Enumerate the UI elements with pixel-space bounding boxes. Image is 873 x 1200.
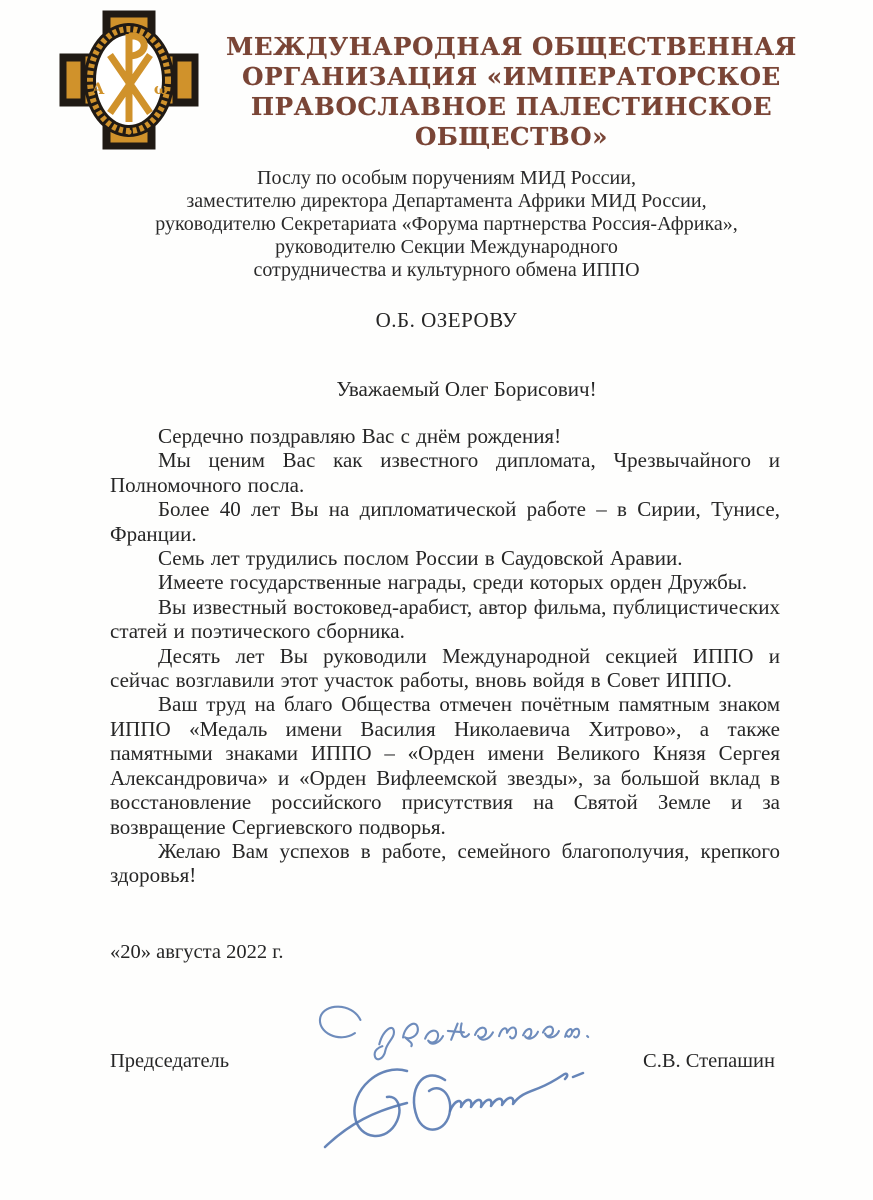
address-block: Послу по особым поручениям МИД России, з… <box>40 167 853 282</box>
address-line: Послу по особым поручениям МИД России, <box>40 167 853 190</box>
org-logo: А ω <box>58 10 200 152</box>
org-name-line-1: МЕЖДУНАРОДНАЯ ОБЩЕСТВЕННАЯ <box>200 32 823 62</box>
body-paragraph: Семь лет трудились послом России в Саудо… <box>110 546 780 570</box>
body-paragraph: Вы известный востоковед-арабист, автор ф… <box>110 595 780 644</box>
org-name-line-2: ОРГАНИЗАЦИЯ «ИМПЕРАТОРСКОЕ <box>200 62 823 92</box>
omega-letter: ω <box>154 80 168 98</box>
body-paragraph: Ваш труд на благо Общества отмечен почёт… <box>110 692 780 838</box>
address-line: заместителю директора Департамента Африк… <box>40 190 853 213</box>
date-line: «20» августа 2022 г. <box>110 941 283 964</box>
body-paragraph: Мы ценим Вас как известного дипломата, Ч… <box>110 448 780 497</box>
letter-page: А ω МЕЖДУНАРОДНАЯ ОБЩЕСТВЕННАЯ ОРГАНИЗАЦ… <box>0 0 873 1200</box>
alpha-letter: А <box>91 79 104 98</box>
handwriting-layer <box>295 995 665 1163</box>
letter-body: Сердечно поздравляю Вас с днём рождения!… <box>110 424 780 888</box>
body-paragraph: Желаю Вам успехов в работе, семейного бл… <box>110 839 780 888</box>
salutation: Уважаемый Олег Борисович! <box>60 377 873 402</box>
org-name: МЕЖДУНАРОДНАЯ ОБЩЕСТВЕННАЯ ОРГАНИЗАЦИЯ «… <box>200 32 823 152</box>
signer-title: Председатель <box>110 1050 229 1073</box>
address-line: руководителю Секции Международного <box>40 236 853 259</box>
address-line: сотрудничества и культурного обмена ИППО <box>40 259 853 282</box>
org-name-line-3: ПРАВОСЛАВНОЕ ПАЛЕСТИНСКОЕ ОБЩЕСТВО» <box>200 92 823 152</box>
body-paragraph: Десять лет Вы руководили Международной с… <box>110 644 780 693</box>
body-paragraph: Более 40 лет Вы на дипломатической работ… <box>110 497 780 546</box>
body-paragraph: Сердечно поздравляю Вас с днём рождения! <box>110 424 780 448</box>
address-line: руководителю Секретариата «Форума партне… <box>40 213 853 236</box>
signature-row: Председатель С.В. Степашин <box>110 1050 775 1073</box>
recipient-name: О.Б. ОЗЕРОВУ <box>40 308 853 333</box>
body-paragraph: Имеете государственные награды, среди ко… <box>110 570 780 594</box>
signature-autograph <box>325 1070 583 1147</box>
signer-name: С.В. Степашин <box>643 1050 775 1073</box>
chi-rho-cross-icon: А ω <box>58 10 200 150</box>
